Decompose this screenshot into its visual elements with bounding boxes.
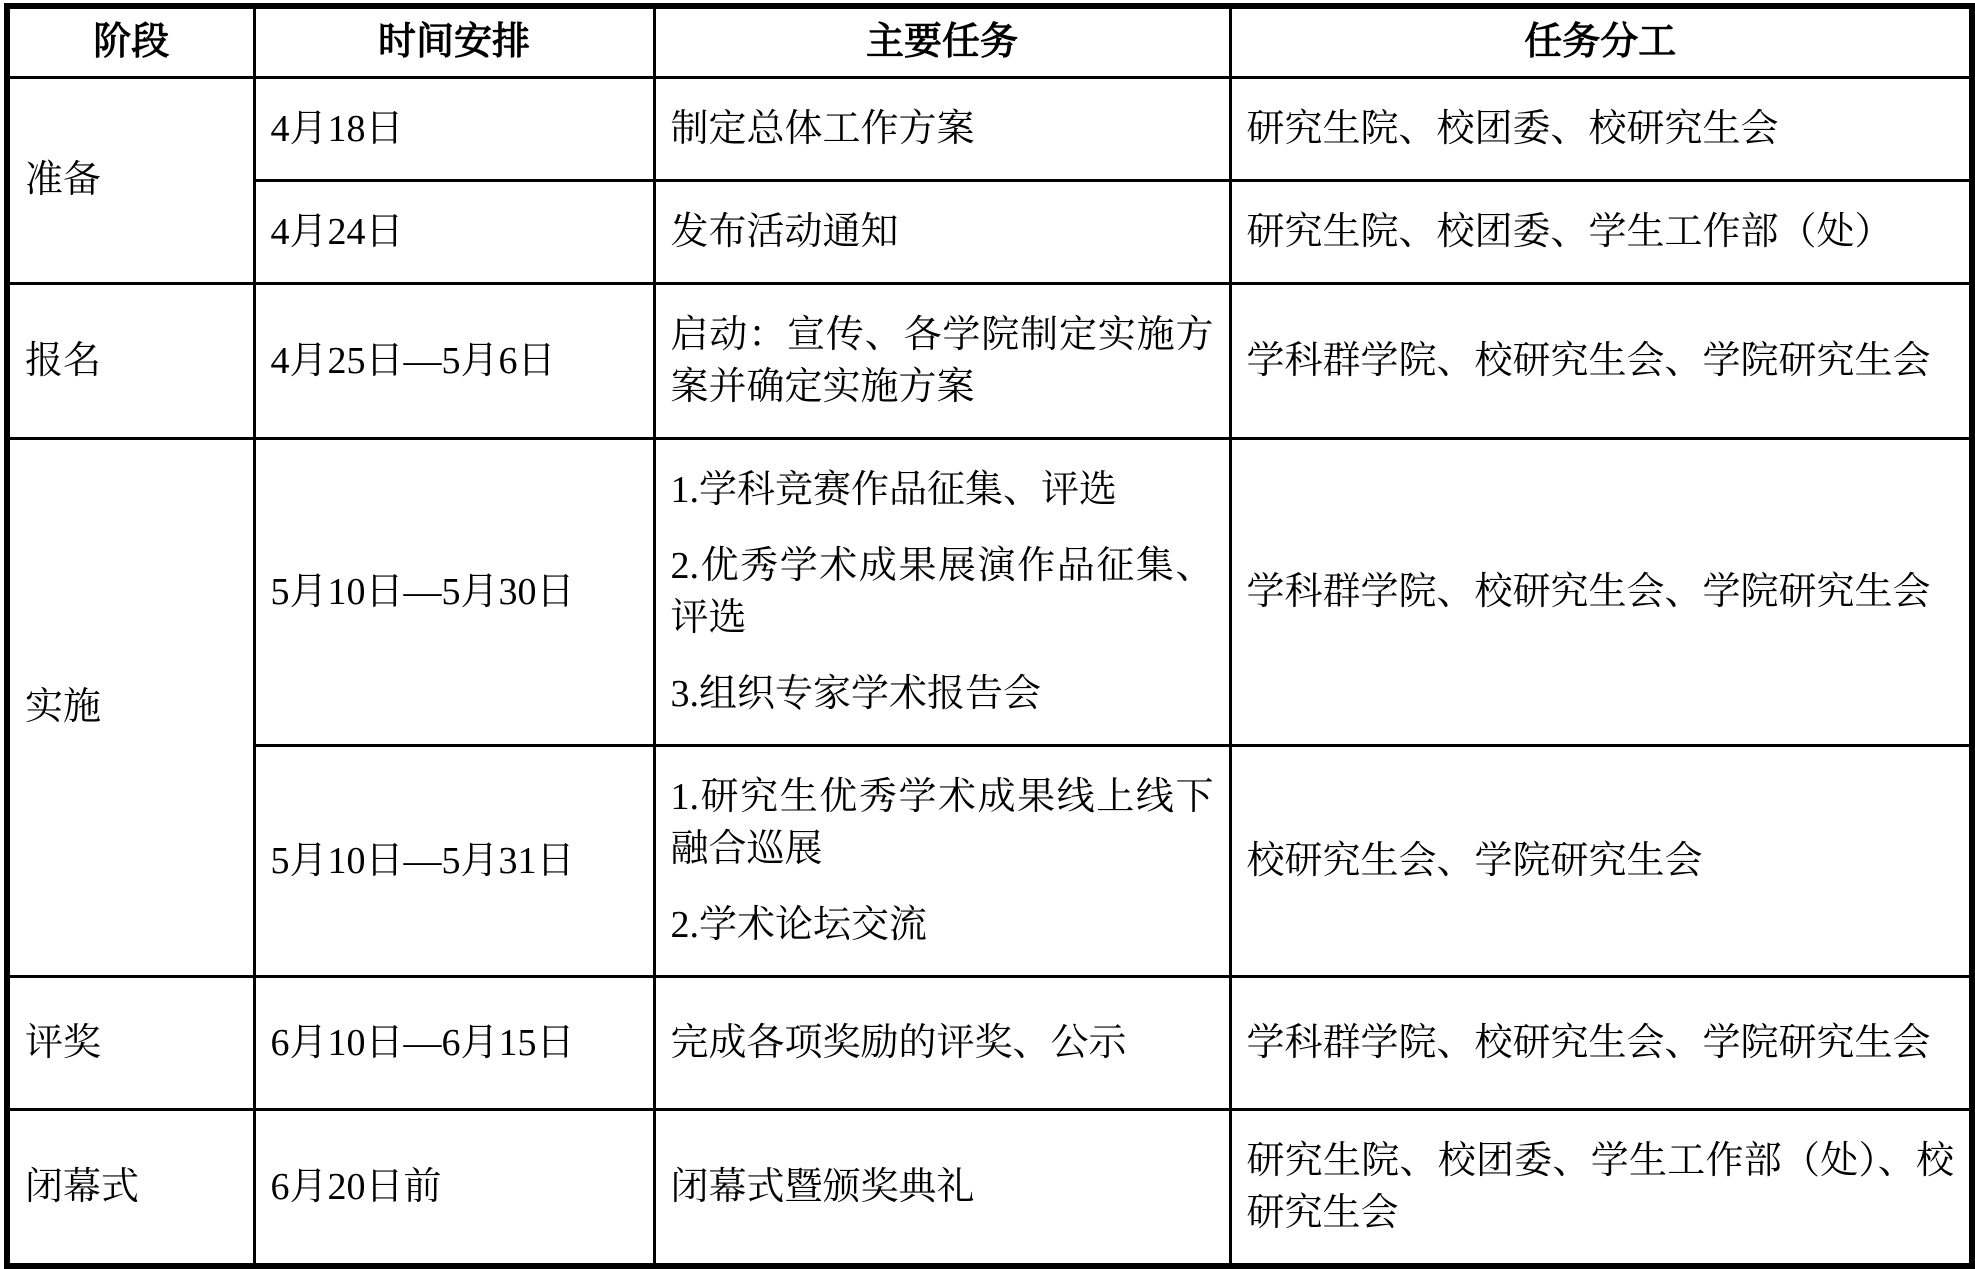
task-item: 启动：宣传、各学院制定实施方案并确定实施方案	[671, 309, 1214, 413]
task-item: 1.研究生优秀学术成果线上线下融合巡展	[671, 771, 1214, 875]
col-header-time: 时间安排	[254, 6, 654, 77]
table-row: 4月24日 发布活动通知 研究生院、校团委、学生工作部（处）	[7, 180, 1972, 283]
division-cell: 研究生院、校团委、学生工作部（处）	[1230, 180, 1972, 283]
stage-cell: 实施	[7, 438, 254, 976]
table-row: 实施 5月10日—5月30日 1.学科竞赛作品征集、评选 2.优秀学术成果展演作…	[7, 438, 1972, 745]
tasks-cell: 制定总体工作方案	[654, 77, 1230, 180]
header-row: 阶段 时间安排 主要任务 任务分工	[7, 6, 1972, 77]
table-row: 闭幕式 6月20日前 闭幕式暨颁奖典礼 研究生院、校团委、学生工作部（处）、校研…	[7, 1109, 1972, 1266]
division-text: 学科群学院、校研究生会、学院研究生会	[1247, 566, 1955, 618]
division-cell: 研究生院、校团委、校研究生会	[1230, 77, 1972, 180]
stage-cell: 评奖	[7, 976, 254, 1109]
division-cell: 学科群学院、校研究生会、学院研究生会	[1230, 976, 1972, 1109]
division-text: 学科群学院、校研究生会、学院研究生会	[1247, 1017, 1955, 1069]
time-cell: 4月24日	[254, 180, 654, 283]
task-item: 完成各项奖励的评奖、公示	[671, 1017, 1214, 1069]
division-cell: 学科群学院、校研究生会、学院研究生会	[1230, 283, 1972, 438]
task-item: 3.组织专家学术报告会	[671, 668, 1214, 720]
col-header-stage: 阶段	[7, 6, 254, 77]
col-header-main-tasks: 主要任务	[654, 6, 1230, 77]
division-text: 研究生院、校团委、校研究生会	[1247, 103, 1955, 155]
division-text: 校研究生会、学院研究生会	[1247, 835, 1955, 887]
stage-cell: 报名	[7, 283, 254, 438]
tasks-cell: 闭幕式暨颁奖典礼	[654, 1109, 1230, 1266]
time-cell: 4月25日—5月6日	[254, 283, 654, 438]
stage-cell: 闭幕式	[7, 1109, 254, 1266]
task-item: 2.学术论坛交流	[671, 899, 1214, 951]
tasks-cell: 启动：宣传、各学院制定实施方案并确定实施方案	[654, 283, 1230, 438]
tasks-cell: 1.研究生优秀学术成果线上线下融合巡展 2.学术论坛交流	[654, 745, 1230, 976]
time-cell: 6月10日—6月15日	[254, 976, 654, 1109]
table-row: 5月10日—5月31日 1.研究生优秀学术成果线上线下融合巡展 2.学术论坛交流…	[7, 745, 1972, 976]
table-row: 准备 4月18日 制定总体工作方案 研究生院、校团委、校研究生会	[7, 77, 1972, 180]
tasks-cell: 完成各项奖励的评奖、公示	[654, 976, 1230, 1109]
col-header-division: 任务分工	[1230, 6, 1972, 77]
division-cell: 校研究生会、学院研究生会	[1230, 745, 1972, 976]
time-cell: 6月20日前	[254, 1109, 654, 1266]
tasks-cell: 发布活动通知	[654, 180, 1230, 283]
task-item: 1.学科竞赛作品征集、评选	[671, 464, 1214, 516]
division-cell: 学科群学院、校研究生会、学院研究生会	[1230, 438, 1972, 745]
time-cell: 4月18日	[254, 77, 654, 180]
schedule-table: 阶段 时间安排 主要任务 任务分工 准备 4月18日 制定总体工作方案 研究生院…	[4, 3, 1975, 1269]
time-cell: 5月10日—5月31日	[254, 745, 654, 976]
task-item: 制定总体工作方案	[671, 103, 1214, 155]
tasks-cell: 1.学科竞赛作品征集、评选 2.优秀学术成果展演作品征集、评选 3.组织专家学术…	[654, 438, 1230, 745]
table-row: 评奖 6月10日—6月15日 完成各项奖励的评奖、公示 学科群学院、校研究生会、…	[7, 976, 1972, 1109]
division-text: 研究生院、校团委、学生工作部（处）、校研究生会	[1247, 1135, 1955, 1239]
task-item: 发布活动通知	[671, 206, 1214, 258]
time-cell: 5月10日—5月30日	[254, 438, 654, 745]
task-item: 2.优秀学术成果展演作品征集、评选	[671, 540, 1214, 644]
division-cell: 研究生院、校团委、学生工作部（处）、校研究生会	[1230, 1109, 1972, 1266]
division-text: 学科群学院、校研究生会、学院研究生会	[1247, 335, 1955, 387]
stage-cell: 准备	[7, 77, 254, 283]
table-row: 报名 4月25日—5月6日 启动：宣传、各学院制定实施方案并确定实施方案 学科群…	[7, 283, 1972, 438]
division-text: 研究生院、校团委、学生工作部（处）	[1247, 206, 1955, 258]
task-item: 闭幕式暨颁奖典礼	[671, 1161, 1214, 1213]
